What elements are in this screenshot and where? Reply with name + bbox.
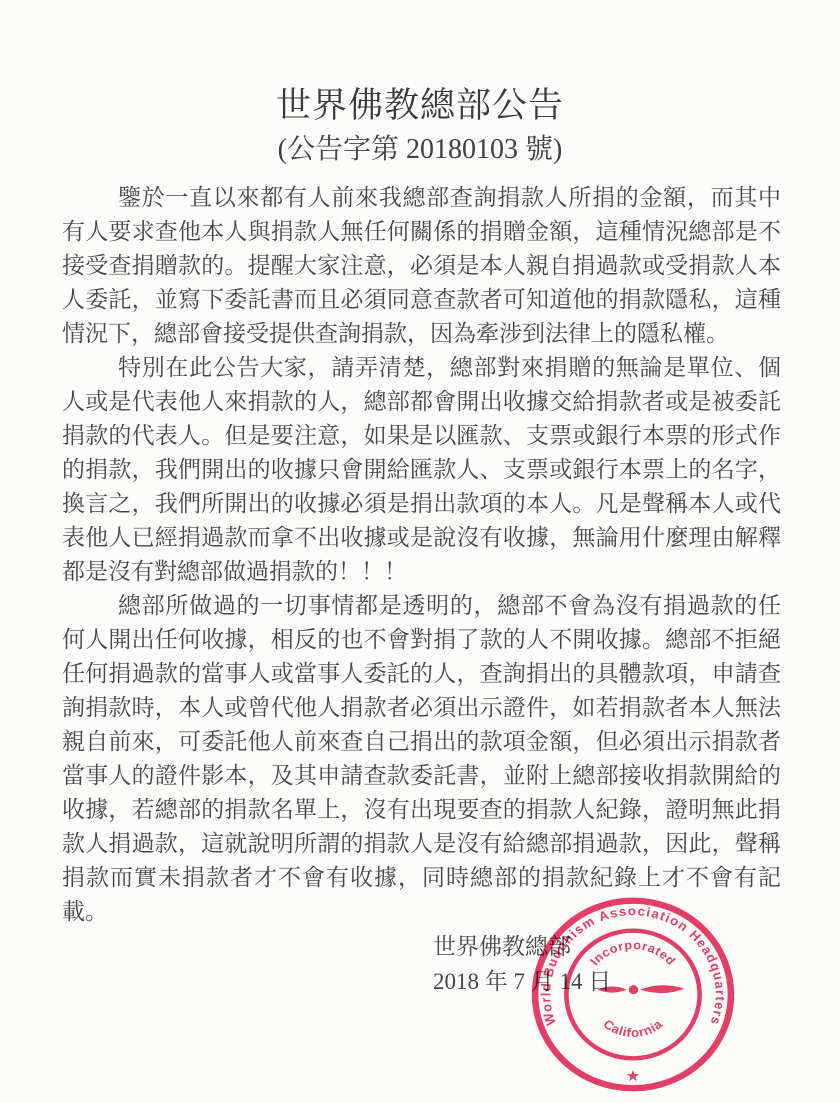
stamp-emblem-left-petal-icon xyxy=(598,987,627,993)
scanned-document-page: 世界佛教總部公告 (公告字第 20180103 號) 鑒於一直以來都有人前來我總… xyxy=(0,0,840,1103)
stamp-emblem-center-dot-icon xyxy=(629,985,638,994)
document-title: 世界佛教總部公告 xyxy=(0,78,840,128)
paragraph-3: 總部所做過的一切事情都是透明的，總部不會為沒有捐過款的任何人開出任何收據，相反的… xyxy=(62,589,781,929)
official-seal-stamp: World Buddhism Association Headquarters … xyxy=(527,893,739,1096)
paragraph-2: 特別在此公告大家，請弄清楚，總部對來捐贈的無論是單位、個人或是代表他人來捐款的人… xyxy=(62,351,781,589)
stamp-star-icon: ★ xyxy=(626,1068,640,1085)
document-body: 鑒於一直以來都有人前來我總部查詢捐款人所捐的金額，而其中有人要求查他本人與捐款人… xyxy=(62,181,781,929)
announcement-number: (公告字第 20180103 號) xyxy=(0,127,840,167)
stamp-california-text: California xyxy=(601,1016,666,1040)
stamp-incorporated-text: Incorporated xyxy=(587,938,678,968)
stamp-emblem-right-petal-icon xyxy=(640,985,684,993)
paragraph-1: 鑒於一直以來都有人前來我總部查詢捐款人所捐的金額，而其中有人要求查他本人與捐款人… xyxy=(62,181,781,351)
